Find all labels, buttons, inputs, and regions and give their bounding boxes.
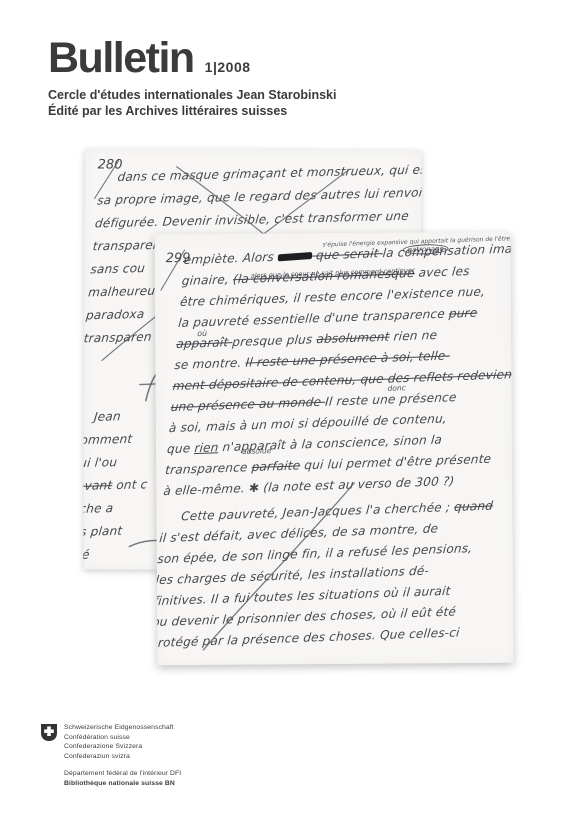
handwriting-segment: absolument: [316, 330, 390, 347]
handwriting-segment: pure: [448, 306, 478, 321]
library-line: Bibliothèque nationale suisse BN: [64, 779, 181, 789]
handwriting-segment: livré: [83, 548, 90, 563]
handwriting-segment: une présence au monde: [170, 395, 326, 414]
front-handwriting-column: empiète. Alors que serait la compensatio…: [154, 239, 509, 654]
footer: Schweizerische Eidgenossenschaft Confédé…: [40, 723, 181, 789]
header: Bulletin 1|2008 Cercle d'études internat…: [48, 36, 336, 119]
handwriting-segment: se montre.: [174, 356, 246, 372]
handwriting-segment: transparence: [165, 460, 253, 477]
swiss-confederation-logo: Schweizerische Eidgenossenschaft Confédé…: [40, 723, 181, 761]
handwriting-segment: parfaite: [251, 458, 301, 474]
handwriting-segment: devant: [83, 478, 113, 493]
subtitle-block: Cercle d'études internationales Jean Sta…: [48, 88, 336, 119]
handwriting-segment: dans ce masque grimaçant et monstrueux, …: [117, 162, 422, 184]
handwriting-segment: Jean: [93, 409, 121, 424]
handwriting-segment: qui lui permet d'être présente: [300, 452, 492, 473]
handwriting-segment: empiète. Alors: [183, 250, 279, 267]
department-line: Département fédéral de l'intérieur DFI: [64, 769, 181, 779]
handwriting-segment: paradoxa: [85, 307, 145, 322]
confederation-line-it: Confederazione Svizzera: [64, 742, 174, 752]
confederation-line-de: Schweizerische Eidgenossenschaft: [64, 723, 174, 733]
confederation-line-rm: Confederaziun svizra: [64, 752, 174, 762]
handwriting-segment: quand: [454, 499, 494, 514]
handwriting-segment: qui l'ou: [83, 455, 118, 470]
blacked-out-word: [278, 252, 313, 261]
page-title: Bulletin: [48, 36, 194, 80]
handwriting-segment: que serait: [311, 246, 383, 262]
department-block: Département fédéral de l'intérieur DFI B…: [64, 769, 181, 788]
handwriting-segment: ont c: [112, 477, 149, 492]
handwriting-segment: malheureu: [88, 284, 156, 300]
handwriting-segment: la compensation ima-: [382, 241, 513, 260]
handwriting-segment: sans cou: [90, 261, 146, 276]
handwriting-segment: Il reste une présence: [325, 390, 458, 409]
handwriting-segment: que: [167, 441, 196, 456]
handwriting-segment: rien ne: [389, 328, 438, 344]
bulletin-cover: { "header": { "title": "Bulletin", "issu…: [0, 0, 588, 825]
confederation-line-fr: Confédération suisse: [64, 733, 174, 743]
manuscript-front-sheet: 299 s'épuise l'énergie expansive qui app…: [154, 232, 513, 665]
issue-number: 1|2008: [205, 59, 251, 75]
title-row: Bulletin 1|2008: [48, 36, 336, 80]
handwriting-segment: défigurée. Devenir invisible, c'est tran…: [94, 209, 409, 231]
handwriting-segment: apparaît: [176, 335, 233, 351]
handwriting-segment: Il reste une présence à soi, telle-: [245, 348, 451, 369]
handwriting-segment: (la conversation romanesque: [232, 266, 415, 286]
handwriting-segment: ginaire,: [181, 272, 233, 288]
handwriting-segment: transparen: [83, 330, 152, 346]
handwriting-segment: des plant: [83, 524, 123, 539]
swiss-coat-of-arms-icon: [40, 723, 58, 742]
handwriting-segment: presque plus: [232, 332, 317, 349]
handwriting-segment: rien: [194, 440, 219, 455]
handwriting-segment: tâche a: [83, 501, 114, 516]
handwriting-segment: sa propre image, que le regard des autre…: [97, 185, 422, 207]
handwriting-segment: avec les: [414, 264, 470, 280]
subtitle-line-2: Édité par les Archives littéraires suiss…: [48, 104, 336, 120]
handwriting-segment: comment: [83, 432, 133, 447]
subtitle-line-1: Cercle d'études internationales Jean Sta…: [48, 88, 336, 104]
confederation-name-lines: Schweizerische Eidgenossenschaft Confédé…: [64, 723, 174, 761]
